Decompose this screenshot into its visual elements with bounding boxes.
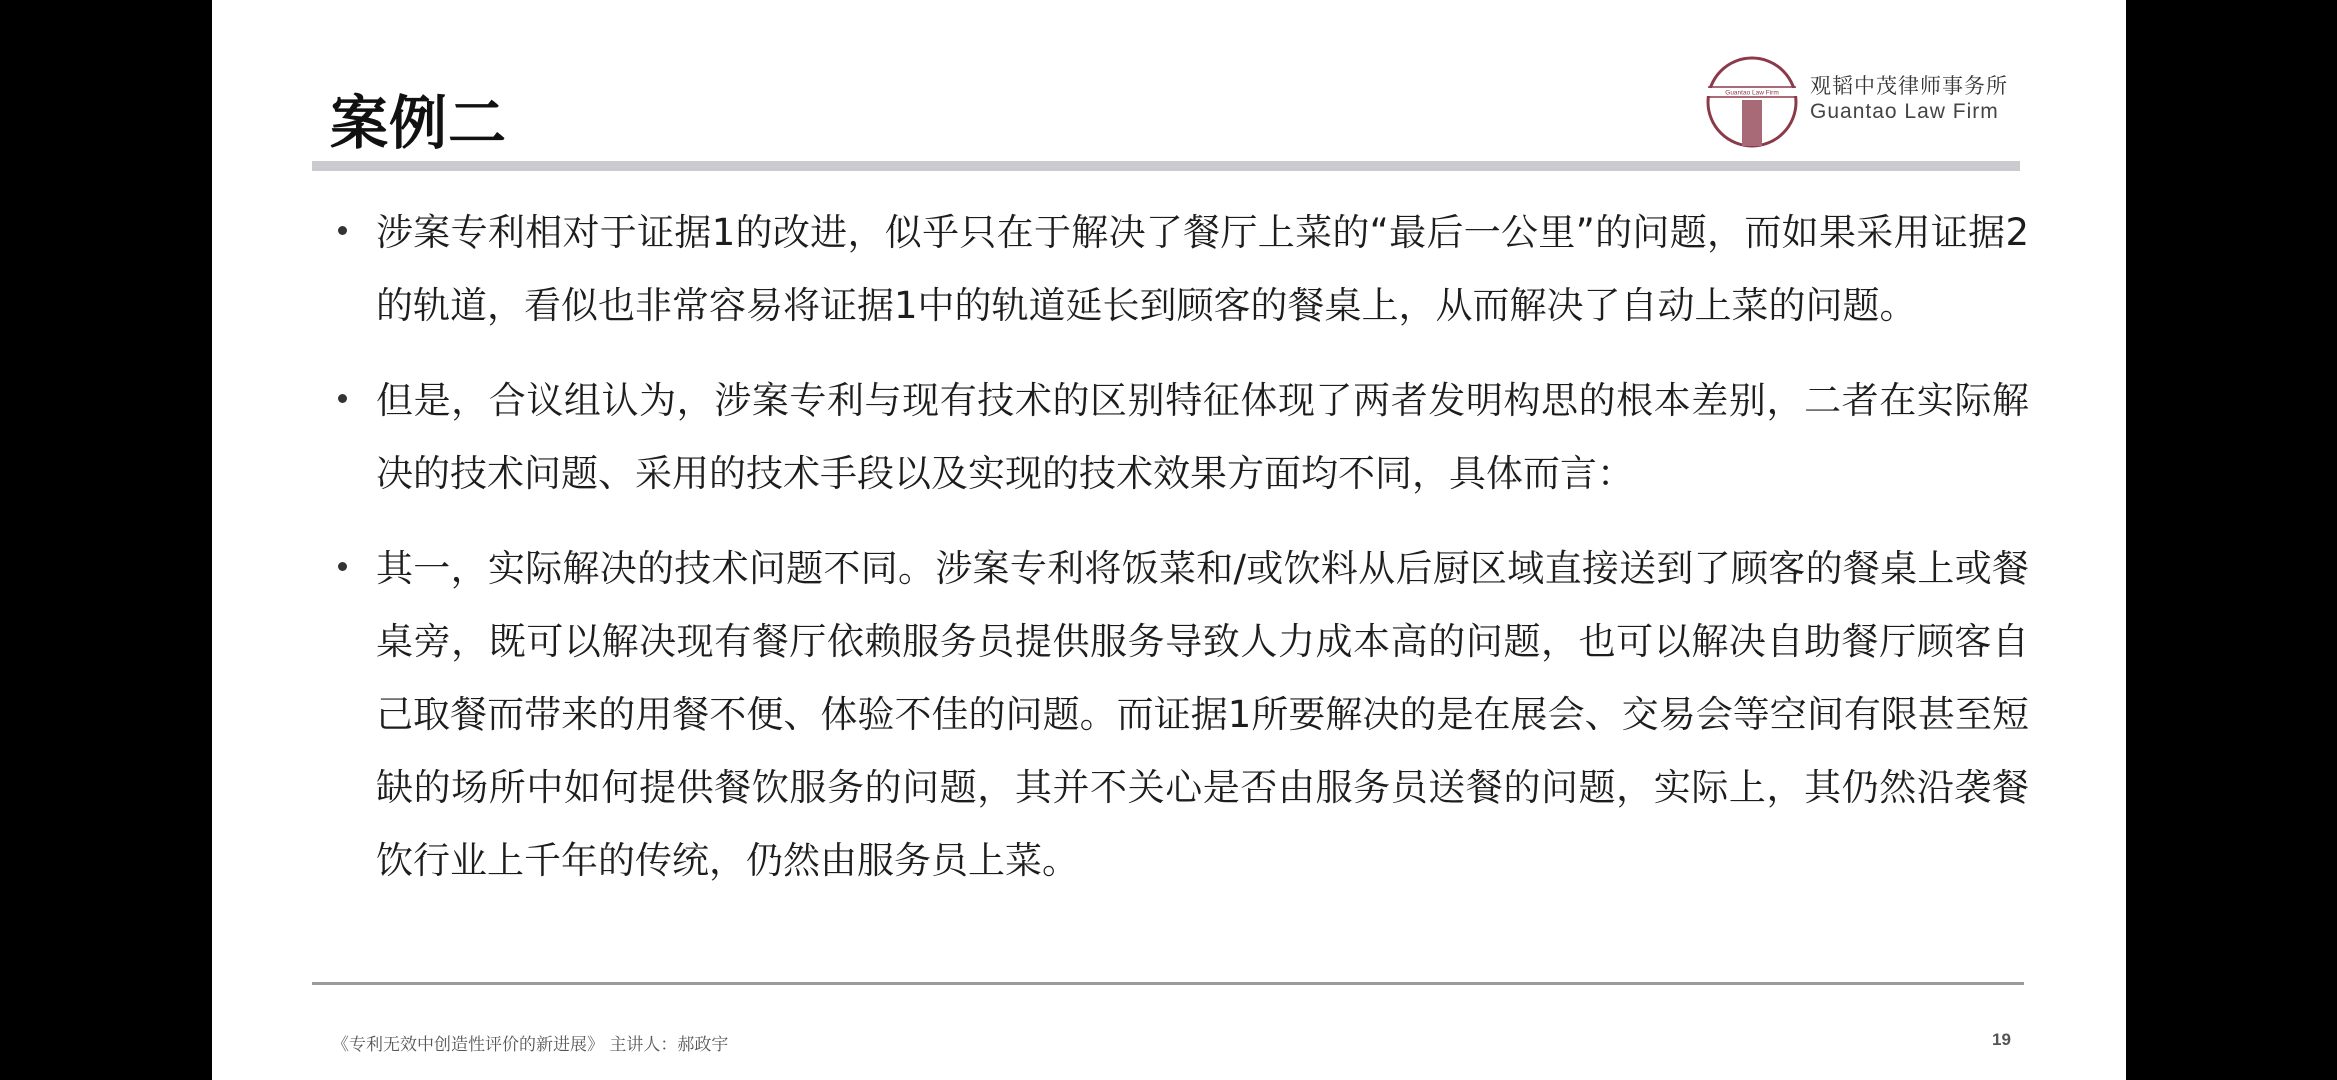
- firm-name-en: Guantao Law Firm: [1810, 100, 1999, 124]
- svg-text:Guantao Law Firm: Guantao Law Firm: [1725, 90, 1778, 97]
- bullet-text: 其一，实际解决的技术问题不同。涉案专利将饭菜和/或饮料从后厨区域直接送到了顾客的…: [376, 532, 2029, 897]
- slide-title: 案例二: [330, 88, 507, 158]
- firm-name-cn: 观韬中茂律师事务所: [1810, 70, 2008, 100]
- title-divider: [312, 161, 2020, 171]
- firm-logo: Guantao Law Firm 观韬中茂律师事务所 Guantao Law F…: [1702, 52, 2222, 152]
- bullet-list: 涉案专利相对于证据1的改进，似乎只在于解决了餐厅上菜的“最后一公里”的问题，而如…: [324, 196, 2029, 919]
- bullet-item: 但是，合议组认为，涉案专利与现有技术的区别特征体现了两者发明构思的根本差别，二者…: [324, 364, 2029, 510]
- bullet-text: 涉案专利相对于证据1的改进，似乎只在于解决了餐厅上菜的“最后一公里”的问题，而如…: [376, 196, 2029, 342]
- page-number: 19: [1992, 1030, 2011, 1050]
- firm-logo-mark-icon: Guantao Law Firm: [1702, 52, 1802, 152]
- bullet-dot-icon: [338, 562, 347, 571]
- bullet-dot-icon: [338, 226, 347, 235]
- bullet-dot-icon: [338, 394, 347, 403]
- footer-divider: [312, 982, 2024, 985]
- bullet-text: 但是，合议组认为，涉案专利与现有技术的区别特征体现了两者发明构思的根本差别，二者…: [376, 364, 2029, 510]
- bullet-item: 其一，实际解决的技术问题不同。涉案专利将饭菜和/或饮料从后厨区域直接送到了顾客的…: [324, 532, 2029, 897]
- slide: 案例二 Guantao Law Firm 观韬中茂律师事务所 Guantao L…: [212, 0, 2126, 1080]
- footer-lecture-title: 《专利无效中创造性评价的新进展》 主讲人：郝政宇: [332, 1030, 728, 1055]
- bullet-item: 涉案专利相对于证据1的改进，似乎只在于解决了餐厅上菜的“最后一公里”的问题，而如…: [324, 196, 2029, 342]
